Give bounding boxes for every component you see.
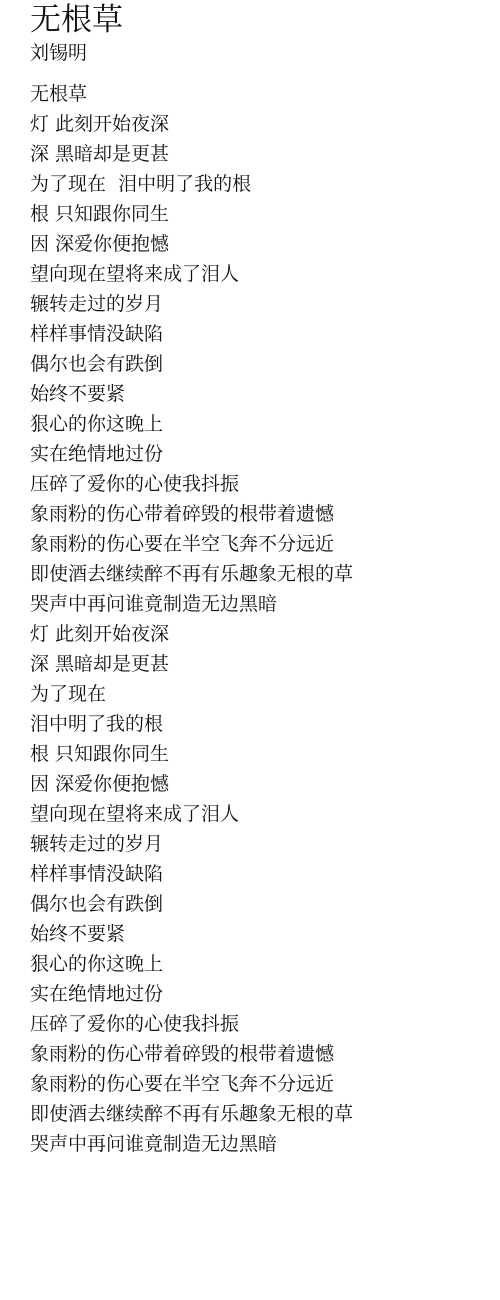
lyric-line: 根 只知跟你同生 [30, 199, 353, 229]
lyric-line: 样样事情没缺陷 [30, 859, 353, 889]
lyric-line: 偶尔也会有跌倒 [30, 889, 353, 919]
lyric-line: 压碎了爱你的心使我抖振 [30, 469, 353, 499]
song-title: 无根草 [30, 1, 123, 39]
lyric-line: 辗转走过的岁月 [30, 829, 353, 859]
lyric-line: 因 深爱你便抱憾 [30, 769, 353, 799]
lyric-line: 泪中明了我的根 [30, 709, 353, 739]
lyric-line: 为了现在 [30, 679, 353, 709]
lyric-line: 象雨粉的伤心要在半空飞奔不分远近 [30, 1069, 353, 1099]
lyric-line: 望向现在望将来成了泪人 [30, 259, 353, 289]
lyric-line: 即使酒去继续醉不再有乐趣象无根的草 [30, 1099, 353, 1129]
lyric-line: 无根草 [30, 79, 353, 109]
lyric-line: 灯 此刻开始夜深 [30, 109, 353, 139]
lyric-line: 深 黑暗却是更甚 [30, 649, 353, 679]
lyric-line: 始终不要紧 [30, 379, 353, 409]
lyric-line: 狠心的你这晚上 [30, 949, 353, 979]
lyric-line: 象雨粉的伤心带着碎毁的根带着遗憾 [30, 1039, 353, 1069]
lyric-line: 狠心的你这晚上 [30, 409, 353, 439]
lyric-line: 实在绝情地过份 [30, 439, 353, 469]
lyric-line: 始终不要紧 [30, 919, 353, 949]
lyric-line: 偶尔也会有跌倒 [30, 349, 353, 379]
lyric-line: 灯 此刻开始夜深 [30, 619, 353, 649]
lyric-line: 深 黑暗却是更甚 [30, 139, 353, 169]
lyric-line: 象雨粉的伤心要在半空飞奔不分远近 [30, 529, 353, 559]
lyric-line: 哭声中再问谁竟制造无边黑暗 [30, 589, 353, 619]
lyrics-list: 无根草 灯 此刻开始夜深 深 黑暗却是更甚 为了现在 泪中明了我的根 根 只知跟… [30, 79, 353, 1159]
lyric-line: 因 深爱你便抱憾 [30, 229, 353, 259]
lyric-line: 辗转走过的岁月 [30, 289, 353, 319]
lyric-line: 望向现在望将来成了泪人 [30, 799, 353, 829]
lyric-line: 根 只知跟你同生 [30, 739, 353, 769]
lyric-line: 哭声中再问谁竟制造无边黑暗 [30, 1129, 353, 1159]
lyric-line: 样样事情没缺陷 [30, 319, 353, 349]
song-artist: 刘锡明 [30, 40, 87, 66]
lyric-line: 即使酒去继续醉不再有乐趣象无根的草 [30, 559, 353, 589]
lyric-line: 象雨粉的伤心带着碎毁的根带着遗憾 [30, 499, 353, 529]
lyric-line: 压碎了爱你的心使我抖振 [30, 1009, 353, 1039]
lyric-line: 为了现在 泪中明了我的根 [30, 169, 353, 199]
lyric-line: 实在绝情地过份 [30, 979, 353, 1009]
